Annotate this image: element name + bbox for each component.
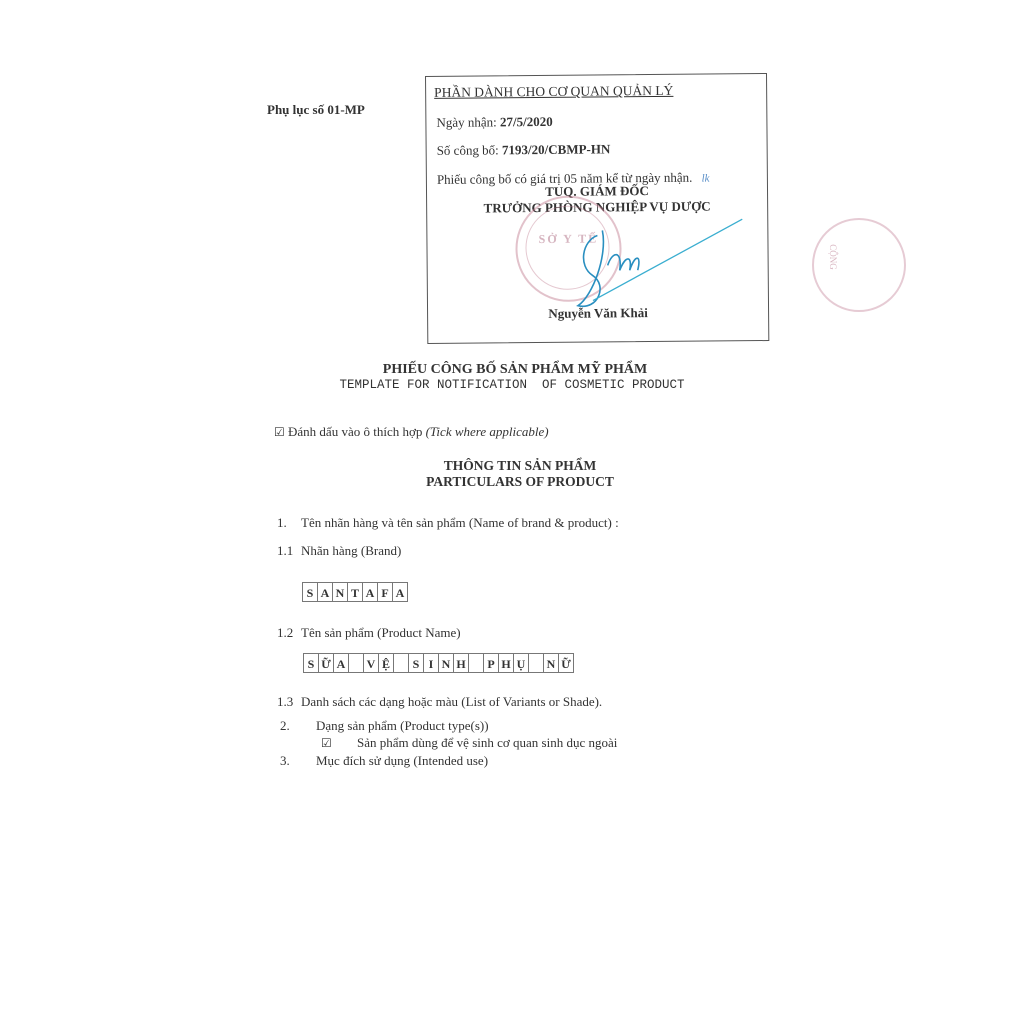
appendix-label: Phụ lục số 01-MP [267,102,365,118]
letter-cell: Ụ [514,654,529,672]
received-date-label: Ngày nhận: [436,114,496,130]
letter-cell: S [304,654,319,672]
item-1-1: 1.1Nhãn hàng (Brand) [277,543,401,559]
notification-number-label: Số công bố: [437,142,499,158]
letter-cell: Ữ [319,654,334,672]
letter-cell: H [454,654,469,672]
side-stamp-partial: CỘNG [812,218,906,312]
item-1: 1.Tên nhãn hàng và tên sản phẩm (Name of… [277,515,619,531]
letter-cell: P [484,654,499,672]
checked-box-icon: ☑ [321,736,332,750]
brand-letter-boxes: SANTAFA [302,582,408,602]
received-date-value: 27/5/2020 [500,114,553,129]
letter-cell: T [348,583,363,601]
letter-cell: Ữ [559,654,574,672]
item-1-2: 1.2Tên sản phẩm (Product Name) [277,625,461,641]
letter-cell: N [439,654,454,672]
signature-icon [537,214,758,316]
signer-name: Nguyễn Văn Khải [428,304,768,323]
letter-cell: A [393,583,408,601]
received-date-line: Ngày nhận: 27/5/2020 [436,114,552,131]
letter-cell [469,654,484,672]
letter-cell: A [334,654,349,672]
letter-cell [394,654,409,672]
letter-cell: V [364,654,379,672]
document-title-en: TEMPLATE FOR NOTIFICATION OF COSMETIC PR… [0,378,1024,392]
checked-box-icon: ☑ [274,425,285,439]
item-3: 3.Mục đích sử dụng (Intended use) [280,753,488,769]
letter-cell [529,654,544,672]
letter-cell: A [363,583,378,601]
product-name-letter-boxes: SỮAVỆSINHPHỤNỮ [303,653,574,673]
letter-cell: Ệ [379,654,394,672]
letter-cell: S [409,654,424,672]
notification-number-line: Số công bố: 7193/20/CBMP-HN [437,141,611,159]
letter-cell: A [318,583,333,601]
notification-number-value: 7193/20/CBMP-HN [502,141,610,157]
admin-section-title: PHẦN DÀNH CHO CƠ QUAN QUẢN LÝ [434,83,673,101]
admin-section-box: PHẦN DÀNH CHO CƠ QUAN QUẢN LÝ Ngày nhận:… [425,73,769,344]
letter-cell: F [378,583,393,601]
document-title-vi: PHIẾU CÔNG BỐ SẢN PHẨM MỸ PHẨM [0,362,1024,378]
letter-cell: I [424,654,439,672]
product-type-option: ☑ Sản phẩm dùng để vệ sinh cơ quan sinh … [321,735,617,751]
tick-instruction: ☑ Đánh dấu vào ô thích hợp (Tick where a… [274,424,549,440]
section-title-vi: THÔNG TIN SẢN PHẨM [0,458,1024,474]
letter-cell: N [333,583,348,601]
letter-cell: H [499,654,514,672]
item-1-3: 1.3Danh sách các dạng hoặc màu (List of … [277,694,602,710]
item-2: 2.Dạng sản phẩm (Product type(s)) [280,718,489,734]
section-title-en: PARTICULARS OF PRODUCT [0,474,1024,490]
letter-cell: S [303,583,318,601]
letter-cell [349,654,364,672]
letter-cell: N [544,654,559,672]
